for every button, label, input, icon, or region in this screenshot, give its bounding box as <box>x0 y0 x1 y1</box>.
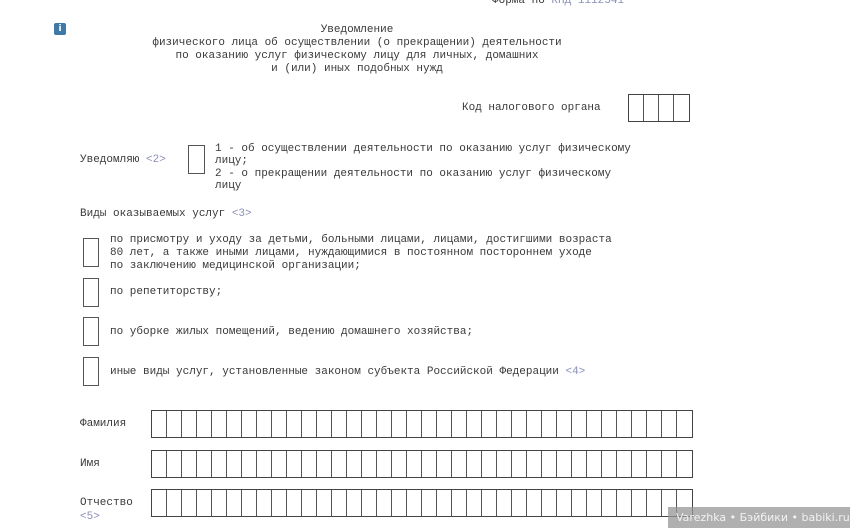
char-cell[interactable] <box>572 451 587 477</box>
char-cell[interactable] <box>302 490 317 516</box>
char-cell[interactable] <box>617 411 632 437</box>
title-line-2: физического лица об осуществлении (о пре… <box>0 37 714 49</box>
char-cell[interactable] <box>467 411 482 437</box>
char-cell[interactable] <box>317 411 332 437</box>
char-cell[interactable] <box>242 490 257 516</box>
char-cell[interactable] <box>302 411 317 437</box>
char-cell[interactable] <box>527 490 542 516</box>
char-cell[interactable] <box>227 490 242 516</box>
char-cell[interactable] <box>332 411 347 437</box>
char-cell[interactable] <box>632 490 647 516</box>
char-cell[interactable] <box>362 411 377 437</box>
char-cell[interactable] <box>242 411 257 437</box>
surname-label: Фамилия <box>80 418 126 430</box>
service-tutoring-checkbox[interactable] <box>83 278 99 307</box>
char-cell[interactable] <box>332 490 347 516</box>
char-cell[interactable] <box>572 490 587 516</box>
char-cell[interactable] <box>512 490 527 516</box>
char-cell[interactable] <box>362 451 377 477</box>
char-cell[interactable] <box>632 451 647 477</box>
char-cell[interactable] <box>197 411 212 437</box>
char-cell[interactable] <box>407 490 422 516</box>
char-cell[interactable] <box>182 490 197 516</box>
service-tutoring-text: по репетиторству; <box>110 286 222 298</box>
char-cell[interactable] <box>167 411 182 437</box>
char-cell[interactable] <box>512 411 527 437</box>
first-name-field[interactable] <box>151 450 693 478</box>
service-other-checkbox[interactable] <box>83 357 99 386</box>
char-cell[interactable] <box>392 451 407 477</box>
form-code: Форма по КНД 1112541 <box>492 0 624 7</box>
char-cell[interactable] <box>542 451 557 477</box>
char-cell[interactable] <box>467 451 482 477</box>
char-cell[interactable] <box>437 490 452 516</box>
notify-ref: <2> <box>146 154 166 166</box>
form-code-label: Форма по <box>492 0 551 7</box>
char-cell[interactable] <box>662 451 677 477</box>
char-cell[interactable] <box>257 411 272 437</box>
char-cell[interactable] <box>377 411 392 437</box>
char-cell[interactable] <box>602 451 617 477</box>
notify-option-2-cont: лицу <box>215 180 241 192</box>
char-cell[interactable] <box>587 411 602 437</box>
char-cell[interactable] <box>167 451 182 477</box>
char-cell[interactable] <box>497 451 512 477</box>
notify-label-text: Уведомляю <box>80 154 146 166</box>
notify-label: Уведомляю <2> <box>80 154 166 166</box>
char-cell[interactable] <box>227 411 242 437</box>
char-cell[interactable] <box>587 490 602 516</box>
char-cell[interactable] <box>347 451 362 477</box>
char-cell[interactable] <box>392 490 407 516</box>
service-childcare-line-1: по присмотру и уходу за детьми, больными… <box>110 234 612 246</box>
char-cell[interactable] <box>197 490 212 516</box>
patronymic-label: Отчество <box>80 497 133 509</box>
char-cell[interactable] <box>452 451 467 477</box>
char-cell[interactable] <box>647 490 662 516</box>
char-cell[interactable] <box>437 411 452 437</box>
char-cell[interactable] <box>497 490 512 516</box>
char-cell[interactable] <box>482 411 497 437</box>
char-cell[interactable] <box>347 490 362 516</box>
title-line-3: по оказанию услуг физическому лицу для л… <box>0 50 714 62</box>
char-cell[interactable] <box>602 411 617 437</box>
char-cell[interactable] <box>647 451 662 477</box>
char-cell[interactable] <box>212 451 227 477</box>
surname-field[interactable] <box>151 410 693 438</box>
char-cell[interactable] <box>452 490 467 516</box>
char-cell[interactable] <box>272 490 287 516</box>
char-cell[interactable] <box>242 451 257 477</box>
char-cell[interactable] <box>257 451 272 477</box>
char-cell[interactable] <box>452 411 467 437</box>
notify-option-1: 1 - об осуществлении деятельности по ока… <box>215 143 631 155</box>
char-cell[interactable] <box>407 411 422 437</box>
form-code-value: КНД 1112541 <box>551 0 624 7</box>
char-cell[interactable] <box>422 411 437 437</box>
char-cell[interactable] <box>527 451 542 477</box>
char-cell[interactable] <box>497 411 512 437</box>
char-cell[interactable] <box>317 451 332 477</box>
char-cell[interactable] <box>482 490 497 516</box>
services-ref: <3> <box>232 208 252 220</box>
watermark: Varezhka • Бэйбики • babiki.ru <box>668 507 850 528</box>
char-cell[interactable] <box>182 411 197 437</box>
char-cell[interactable] <box>527 411 542 437</box>
char-cell[interactable] <box>557 411 572 437</box>
service-childcare-line-2: 80 лет, а также иными лицами, нуждающими… <box>110 247 592 259</box>
char-cell[interactable] <box>377 451 392 477</box>
char-cell[interactable] <box>467 490 482 516</box>
char-cell[interactable] <box>617 451 632 477</box>
char-cell[interactable] <box>659 95 674 121</box>
char-cell[interactable] <box>347 411 362 437</box>
char-cell[interactable] <box>542 490 557 516</box>
char-cell[interactable] <box>317 490 332 516</box>
char-cell[interactable] <box>542 411 557 437</box>
char-cell[interactable] <box>482 451 497 477</box>
char-cell[interactable] <box>377 490 392 516</box>
char-cell[interactable] <box>407 451 422 477</box>
char-cell[interactable] <box>212 490 227 516</box>
char-cell[interactable] <box>557 490 572 516</box>
char-cell[interactable] <box>644 95 659 121</box>
char-cell[interactable] <box>677 451 692 477</box>
services-label-text: Виды оказываемых услуг <box>80 208 232 220</box>
service-childcare-checkbox[interactable] <box>83 238 99 267</box>
char-cell[interactable] <box>287 490 302 516</box>
char-cell[interactable] <box>257 490 272 516</box>
char-cell[interactable] <box>512 451 527 477</box>
notify-option-2: 2 - о прекращении деятельности по оказан… <box>215 168 611 180</box>
char-cell[interactable] <box>617 490 632 516</box>
char-cell[interactable] <box>422 490 437 516</box>
char-cell[interactable] <box>212 411 227 437</box>
title-line-4: и (или) иных подобных нужд <box>0 63 714 75</box>
title-line-1: Уведомление <box>0 24 714 36</box>
char-cell[interactable] <box>302 451 317 477</box>
char-cell[interactable] <box>152 451 167 477</box>
char-cell[interactable] <box>647 411 662 437</box>
notify-option-1-cont: лицу; <box>215 155 248 167</box>
patronymic-field[interactable] <box>151 489 693 517</box>
char-cell[interactable] <box>272 411 287 437</box>
service-childcare-line-3: по заключению медицинской организации; <box>110 260 361 272</box>
char-cell[interactable] <box>662 411 677 437</box>
char-cell[interactable] <box>572 411 587 437</box>
char-cell[interactable] <box>392 411 407 437</box>
services-label: Виды оказываемых услуг <3> <box>80 208 252 220</box>
service-cleaning-checkbox[interactable] <box>83 317 99 346</box>
tax-authority-label: Код налогового органа <box>462 102 601 114</box>
char-cell[interactable] <box>677 411 692 437</box>
char-cell[interactable] <box>629 95 644 121</box>
char-cell[interactable] <box>332 451 347 477</box>
char-cell[interactable] <box>272 451 287 477</box>
char-cell[interactable] <box>197 451 212 477</box>
char-cell[interactable] <box>437 451 452 477</box>
char-cell[interactable] <box>557 451 572 477</box>
char-cell[interactable] <box>632 411 647 437</box>
char-cell[interactable] <box>602 490 617 516</box>
char-cell[interactable] <box>167 490 182 516</box>
char-cell[interactable] <box>674 95 689 121</box>
notify-type-checkbox[interactable] <box>188 145 205 174</box>
char-cell[interactable] <box>152 490 167 516</box>
service-other-ref: <4> <box>565 366 585 378</box>
char-cell[interactable] <box>422 451 437 477</box>
service-cleaning-text: по уборке жилых помещений, ведению домаш… <box>110 326 473 338</box>
char-cell[interactable] <box>287 411 302 437</box>
char-cell[interactable] <box>152 411 167 437</box>
patronymic-ref: <5> <box>80 511 100 523</box>
char-cell[interactable] <box>182 451 197 477</box>
tax-authority-code-field[interactable] <box>628 94 690 122</box>
char-cell[interactable] <box>587 451 602 477</box>
service-other-text: иные виды услуг, установленные законом с… <box>110 366 585 378</box>
first-name-label: Имя <box>80 458 100 470</box>
char-cell[interactable] <box>287 451 302 477</box>
char-cell[interactable] <box>227 451 242 477</box>
char-cell[interactable] <box>362 490 377 516</box>
service-other-label: иные виды услуг, установленные законом с… <box>110 366 565 378</box>
